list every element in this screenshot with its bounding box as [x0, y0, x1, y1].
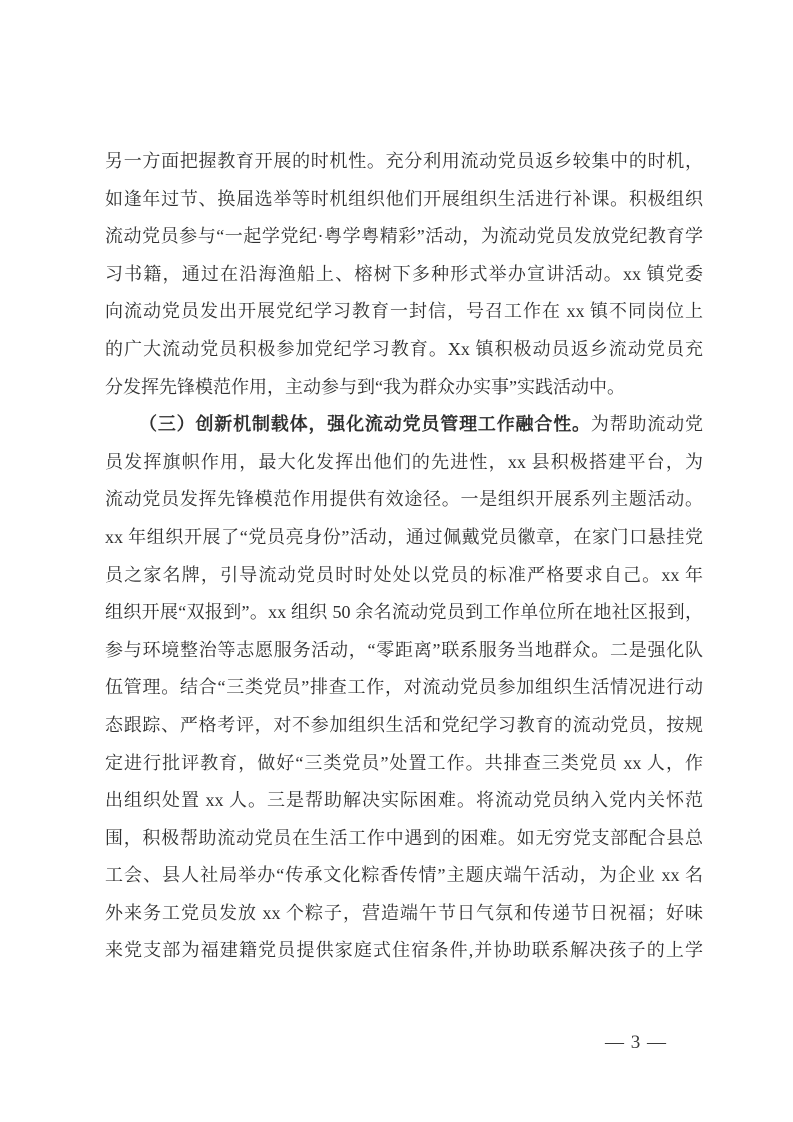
text-line: 员之家名牌，引导流动党员时时处处以党员的标准严格要求自己。xx 年 [105, 557, 703, 595]
text-line: 流动党员发挥先锋模范作用提供有效途径。一是组织开展系列主题活动。 [105, 481, 703, 519]
text-line: 员发挥旗帜作用，最大化发挥出他们的先进性，xx 县积极搭建平台，为 [105, 444, 703, 482]
text-line: 出组织处置 xx 人。三是帮助解决实际困难。将流动党员纳入党内关怀范 [105, 782, 703, 820]
text-line: 伍管理。结合“三类党员”排查工作，对流动党员参加组织生活情况进行动 [105, 669, 703, 707]
text-line: 如逢年过节、换届选举等时机组织他们开展组织生活进行补课。积极组织 [105, 181, 703, 219]
document-page: 另一方面把握教育开展的时机性。充分利用流动党员返乡较集中的时机， 如逢年过节、换… [0, 0, 793, 1122]
text-line: 习书籍，通过在沿海渔船上、榕树下多种形式举办宣讲活动。xx 镇党委 [105, 256, 703, 294]
paragraph-2: （三）创新机制载体，强化流动党员管理工作融合性。为帮助流动党 员发挥旗帜作用，最… [105, 406, 703, 970]
text-line: 另一方面把握教育开展的时机性。充分利用流动党员返乡较集中的时机， [105, 143, 703, 181]
paragraph-1: 另一方面把握教育开展的时机性。充分利用流动党员返乡较集中的时机， 如逢年过节、换… [105, 143, 703, 406]
body-text: 另一方面把握教育开展的时机性。充分利用流动党员返乡较集中的时机， 如逢年过节、换… [105, 143, 703, 970]
text-line: （三）创新机制载体，强化流动党员管理工作融合性。为帮助流动党 [105, 406, 703, 444]
text-line: 工会、县人社局举办“传承文化粽香传情”主题庆端午活动，为企业 xx 名 [105, 857, 703, 895]
text-line: 态跟踪、严格考评，对不参加组织生活和党纪学习教育的流动党员，按规 [105, 707, 703, 745]
text-line-rest: 为帮助流动党 [591, 414, 703, 434]
text-line: 参与环境整治等志愿服务活动，“零距离”联系服务当地群众。二是强化队 [105, 632, 703, 670]
text-line: 定进行批评教育，做好“三类党员”处置工作。共排查三类党员 xx 人，作 [105, 745, 703, 783]
section-heading: （三）创新机制载体，强化流动党员管理工作融合性。 [139, 414, 591, 434]
text-line: 外来务工党员发放 xx 个粽子，营造端午节日气氛和传递节日祝福；好味 [105, 895, 703, 933]
text-line: 向流动党员发出开展党纪学习教育一封信，号召工作在 xx 镇不同岗位上 [105, 293, 703, 331]
text-line: 分发挥先锋模范作用，主动参与到“我为群众办实事”实践活动中。 [105, 369, 703, 407]
text-line: 围，积极帮助流动党员在生活工作中遇到的困难。如无穷党支部配合县总 [105, 820, 703, 858]
text-line: xx 年组织开展了“党员亮身份”活动，通过佩戴党员徽章，在家门口悬挂党 [105, 519, 703, 557]
text-line: 流动党员参与“一起学党纪·粤学粤精彩”活动，为流动党员发放党纪教育学 [105, 218, 703, 256]
page-number: — 3 — [586, 1028, 686, 1058]
text-line: 组织开展“双报到”。xx 组织 50 余名流动党员到工作单位所在地社区报到， [105, 594, 703, 632]
text-line: 来党支部为福建籍党员提供家庭式住宿条件,并协助联系解决孩子的上学 [105, 932, 703, 970]
text-line: 的广大流动党员积极参加党纪学习教育。Xx 镇积极动员返乡流动党员充 [105, 331, 703, 369]
